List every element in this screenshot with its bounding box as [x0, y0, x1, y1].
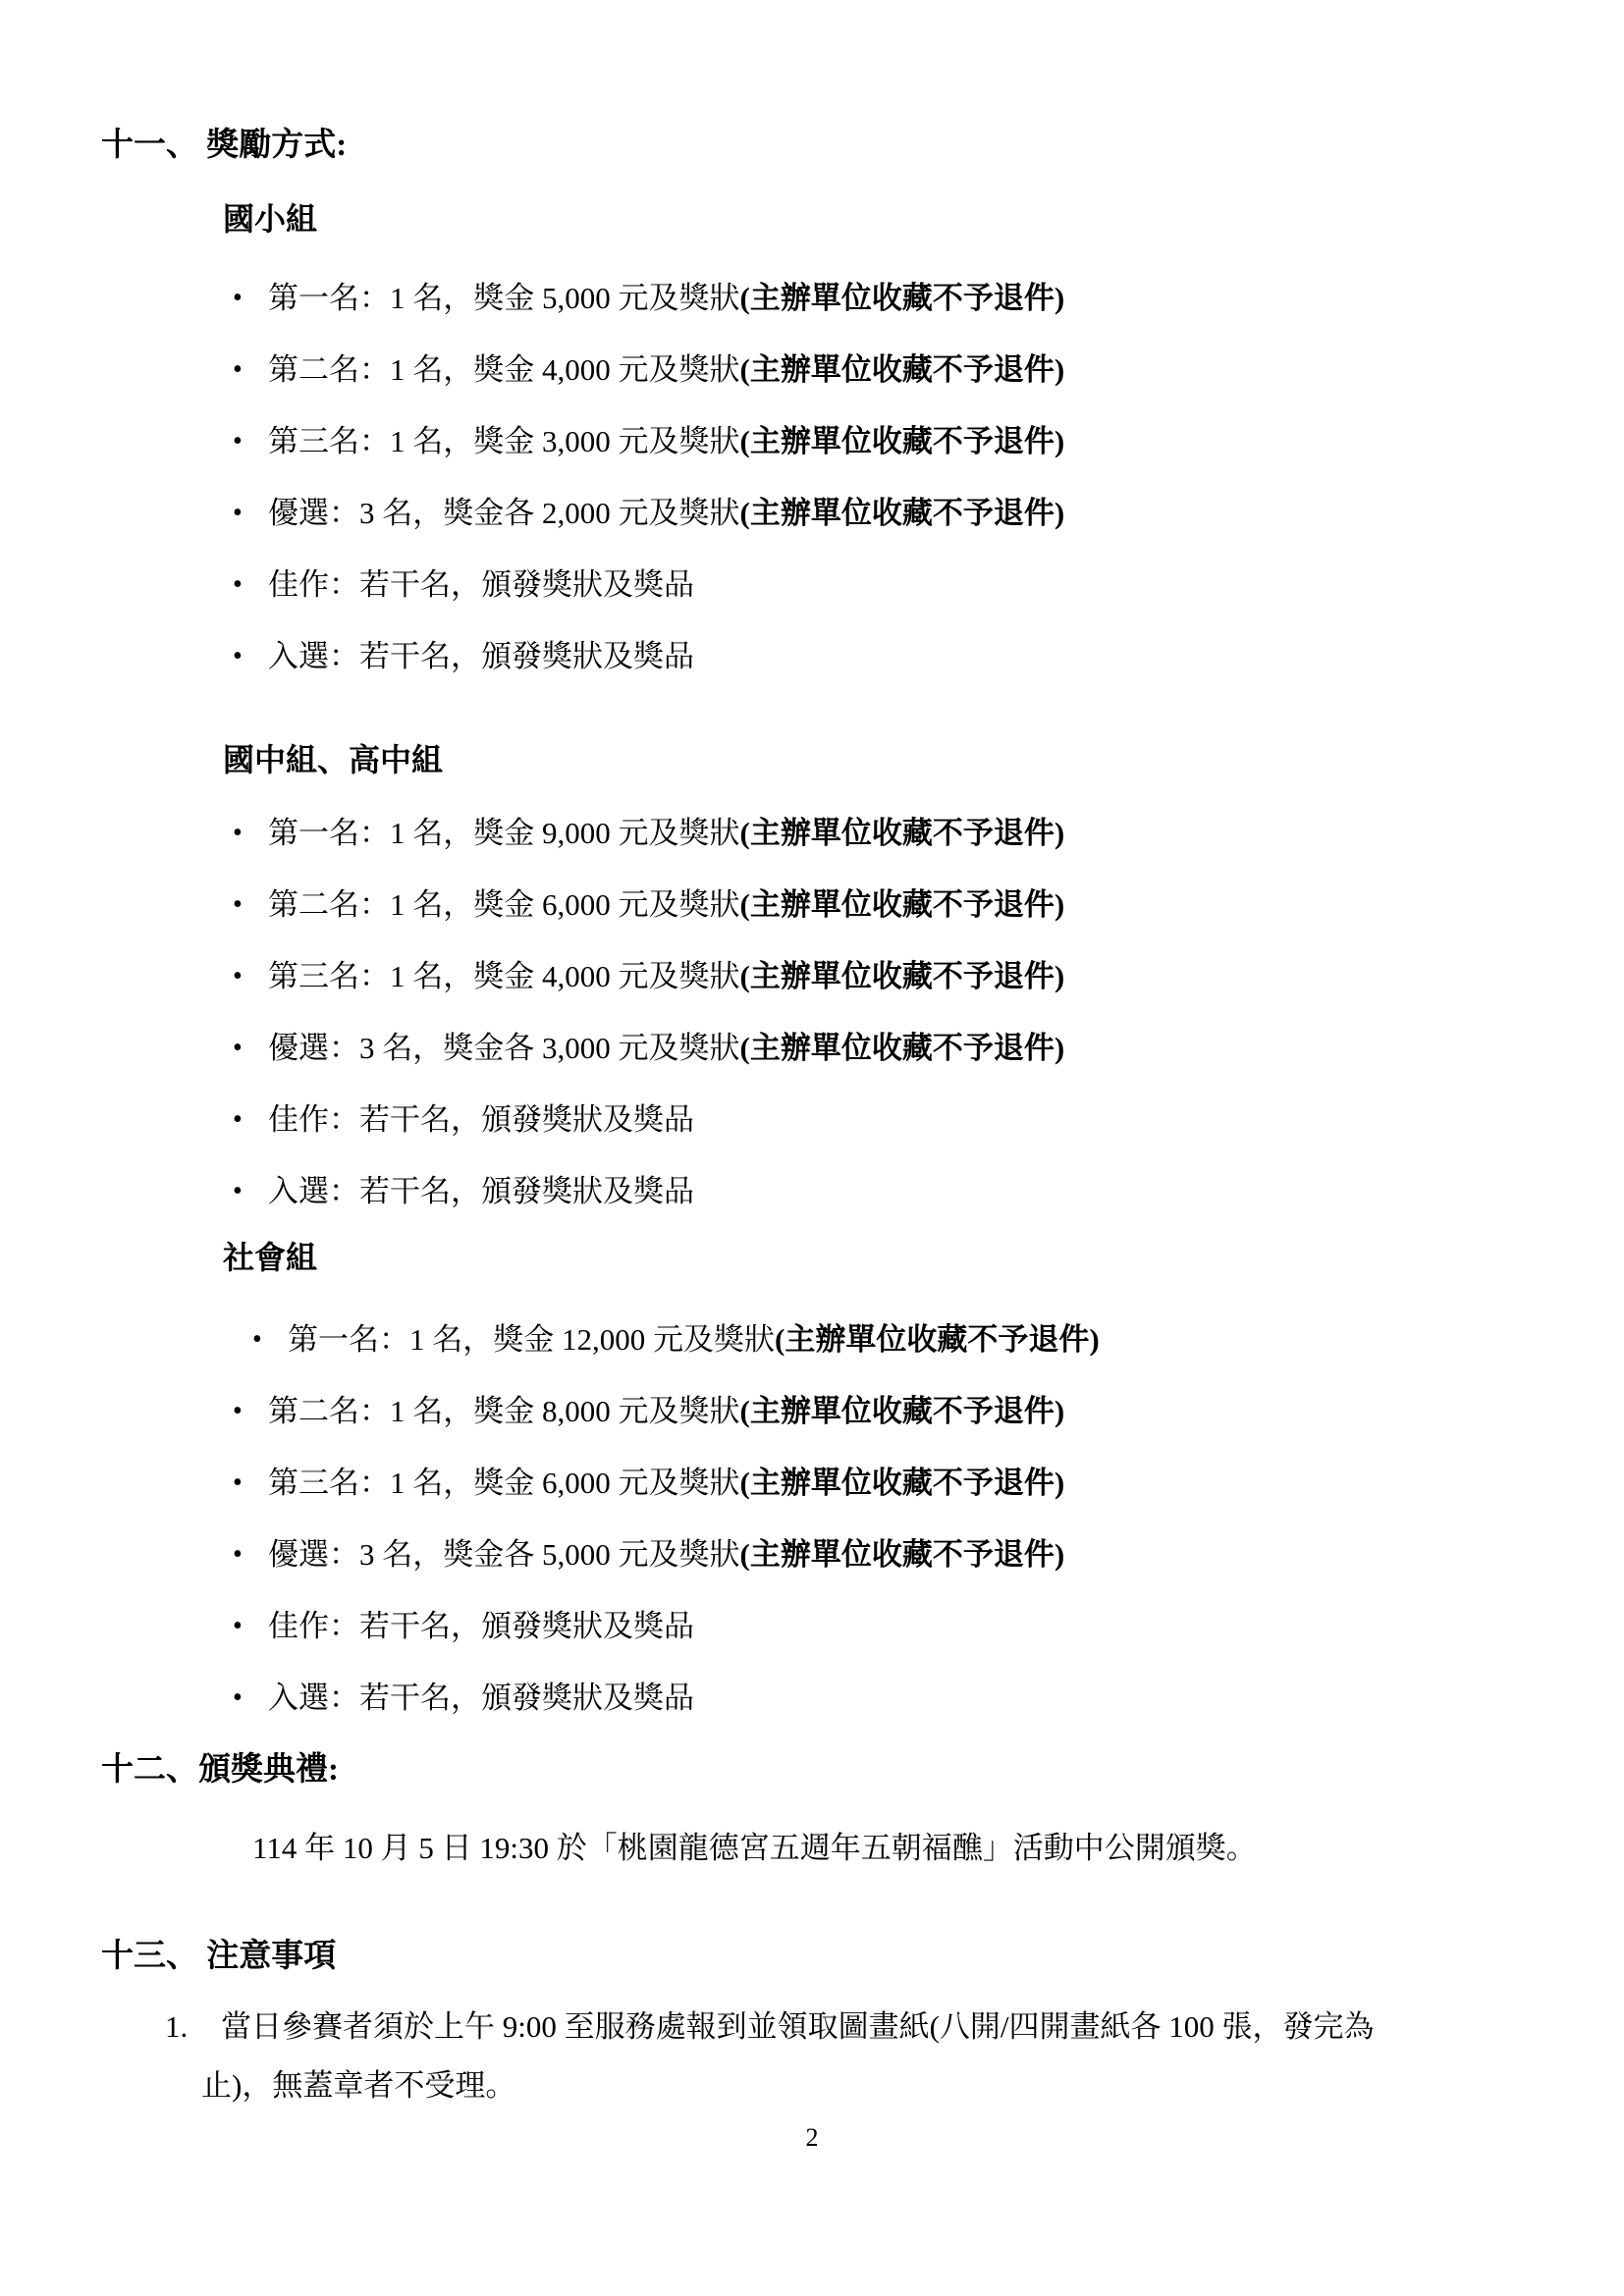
award-item-bold: (主辦單位收藏不予退件)	[740, 352, 1065, 387]
bullet-icon: •	[233, 1611, 268, 1641]
bullet-icon: •	[233, 283, 268, 313]
award-item-bold: (主辦單位收藏不予退件)	[740, 959, 1065, 993]
award-item: •第三名：1 名，獎金 4,000 元及獎狀(主辦單位收藏不予退件)	[233, 961, 1624, 991]
award-item-text: 入選：若干名，頒發獎狀及獎品	[268, 1174, 694, 1208]
section-11-heading: 十一、 獎勵方式:	[101, 130, 1624, 162]
page-number: 2	[0, 2123, 1624, 2153]
award-item: •佳作：若干名，頒發獎狀及獎品	[233, 1104, 1624, 1135]
award-item-bold: (主辦單位收藏不予退件)	[740, 281, 1065, 315]
bullet-icon: •	[252, 1324, 288, 1355]
award-item-text: 優選：3 名，獎金各 3,000 元及獎狀(主辦單位收藏不予退件)	[268, 1031, 1064, 1065]
bullet-icon: •	[233, 498, 268, 528]
award-item: •第一名：1 名，獎金 5,000 元及獎狀(主辦單位收藏不予退件)	[233, 283, 1624, 313]
award-item-text: 入選：若干名，頒發獎狀及獎品	[268, 639, 694, 673]
award-item: •第三名：1 名，獎金 6,000 元及獎狀(主辦單位收藏不予退件)	[233, 1468, 1624, 1498]
bullet-icon: •	[233, 961, 268, 991]
award-item: •第一名：1 名，獎金 9,000 元及獎狀(主辦單位收藏不予退件)	[233, 818, 1624, 848]
award-item-text: 第三名：1 名，獎金 6,000 元及獎狀(主辦單位收藏不予退件)	[268, 1466, 1064, 1500]
award-list-junior-senior-high: •第一名：1 名，獎金 9,000 元及獎狀(主辦單位收藏不予退件) •第二名：…	[0, 818, 1624, 1206]
note-line-2: 止)，無蓋章者不受理。	[165, 2056, 1624, 2115]
award-item-bold: (主辦單位收藏不予退件)	[740, 1466, 1065, 1500]
bullet-icon: •	[233, 889, 268, 920]
award-item-bold: (主辦單位收藏不予退件)	[740, 816, 1065, 850]
bullet-icon: •	[233, 641, 268, 671]
award-list-adult: •第一名：1 名，獎金 12,000 元及獎狀(主辦單位收藏不予退件) •第二名…	[0, 1324, 1624, 1713]
award-item-text: 佳作：若干名，頒發獎狀及獎品	[268, 567, 694, 602]
award-item-text: 入選：若干名，頒發獎狀及獎品	[268, 1681, 694, 1715]
award-item: •入選：若干名，頒發獎狀及獎品	[233, 1682, 1624, 1713]
award-item-bold: (主辦單位收藏不予退件)	[740, 496, 1065, 530]
award-item-bold: (主辦單位收藏不予退件)	[775, 1322, 1100, 1357]
bullet-icon: •	[233, 1104, 268, 1135]
bullet-icon: •	[233, 354, 268, 385]
award-item-text: 佳作：若干名，頒發獎狀及獎品	[268, 1102, 694, 1137]
group-title-junior-senior-high: 國中組、高中組	[223, 744, 1624, 776]
award-item: •佳作：若干名，頒發獎狀及獎品	[233, 1611, 1624, 1641]
award-item-bold: (主辦單位收藏不予退件)	[740, 1394, 1065, 1428]
bullet-icon: •	[233, 1396, 268, 1426]
award-item-text: 佳作：若干名，頒發獎狀及獎品	[268, 1609, 694, 1643]
award-item-text: 第二名：1 名，獎金 4,000 元及獎狀(主辦單位收藏不予退件)	[268, 352, 1064, 387]
bullet-icon: •	[233, 1539, 268, 1570]
award-list-elementary: •第一名：1 名，獎金 5,000 元及獎狀(主辦單位收藏不予退件) •第二名：…	[0, 283, 1624, 671]
award-item: •第二名：1 名，獎金 4,000 元及獎狀(主辦單位收藏不予退件)	[233, 354, 1624, 385]
note-line-1: 1.當日參賽者須於上午 9:00 至服務處報到並領取圖畫紙(八開/四開畫紙各 1…	[165, 1998, 1624, 2056]
section-12-heading: 十二、頒獎典禮:	[101, 1754, 1624, 1787]
bullet-icon: •	[233, 569, 268, 600]
award-item-text: 第二名：1 名，獎金 8,000 元及獎狀(主辦單位收藏不予退件)	[268, 1394, 1064, 1428]
award-item: •第三名：1 名，獎金 3,000 元及獎狀(主辦單位收藏不予退件)	[233, 426, 1624, 456]
award-item-text: 第二名：1 名，獎金 6,000 元及獎狀(主辦單位收藏不予退件)	[268, 887, 1064, 922]
bullet-icon: •	[233, 1033, 268, 1063]
award-item-text: 第三名：1 名，獎金 4,000 元及獎狀(主辦單位收藏不予退件)	[268, 959, 1064, 993]
award-item: •佳作：若干名，頒發獎狀及獎品	[233, 569, 1624, 600]
award-item: •優選：3 名，獎金各 5,000 元及獎狀(主辦單位收藏不予退件)	[233, 1539, 1624, 1570]
award-item-text: 優選：3 名，獎金各 5,000 元及獎狀(主辦單位收藏不予退件)	[268, 1537, 1064, 1572]
award-item-bold: (主辦單位收藏不予退件)	[740, 1537, 1065, 1572]
award-item-bold: (主辦單位收藏不予退件)	[740, 1031, 1065, 1065]
bullet-icon: •	[233, 1468, 268, 1498]
group-title-adult: 社會組	[223, 1242, 1624, 1274]
ceremony-text: 114 年 10 月 5 日 19:30 於「桃園龍德宮五週年五朝福醮」活動中公…	[252, 1833, 1624, 1863]
bullet-icon: •	[233, 1176, 268, 1206]
award-item: •入選：若干名，頒發獎狀及獎品	[233, 1176, 1624, 1206]
award-item-bold: (主辦單位收藏不予退件)	[740, 887, 1065, 922]
group-title-elementary: 國小組	[223, 203, 1624, 236]
note-line-1-text: 當日參賽者須於上午 9:00 至服務處報到並領取圖畫紙(八開/四開畫紙各 100…	[221, 2009, 1375, 2044]
award-item-text: 第一名：1 名，獎金 9,000 元及獎狀(主辦單位收藏不予退件)	[268, 816, 1064, 850]
section-13-heading: 十三、 注意事項	[101, 1941, 1624, 1973]
bullet-icon: •	[233, 426, 268, 456]
document-page: 十一、 獎勵方式: 國小組 •第一名：1 名，獎金 5,000 元及獎狀(主辦單…	[0, 0, 1624, 2296]
bullet-icon: •	[233, 1682, 268, 1713]
award-item: •優選：3 名，獎金各 3,000 元及獎狀(主辦單位收藏不予退件)	[233, 1033, 1624, 1063]
award-item: •第二名：1 名，獎金 6,000 元及獎狀(主辦單位收藏不予退件)	[233, 889, 1624, 920]
award-item-text: 優選：3 名，獎金各 2,000 元及獎狀(主辦單位收藏不予退件)	[268, 496, 1064, 530]
award-item-text: 第一名：1 名，獎金 5,000 元及獎狀(主辦單位收藏不予退件)	[268, 281, 1064, 315]
award-item: •入選：若干名，頒發獎狀及獎品	[233, 641, 1624, 671]
bullet-icon: •	[233, 818, 268, 848]
award-item: •第一名：1 名，獎金 12,000 元及獎狀(主辦單位收藏不予退件)	[252, 1324, 1624, 1355]
note-number: 1.	[165, 1998, 221, 2056]
award-item-text: 第三名：1 名，獎金 3,000 元及獎狀(主辦單位收藏不予退件)	[268, 424, 1064, 458]
award-item-bold: (主辦單位收藏不予退件)	[740, 424, 1065, 458]
award-item: •第二名：1 名，獎金 8,000 元及獎狀(主辦單位收藏不予退件)	[233, 1396, 1624, 1426]
note-item: 1.當日參賽者須於上午 9:00 至服務處報到並領取圖畫紙(八開/四開畫紙各 1…	[165, 1998, 1624, 2115]
award-item: •優選：3 名，獎金各 2,000 元及獎狀(主辦單位收藏不予退件)	[233, 498, 1624, 528]
award-item-text: 第一名：1 名，獎金 12,000 元及獎狀(主辦單位收藏不予退件)	[288, 1322, 1100, 1357]
